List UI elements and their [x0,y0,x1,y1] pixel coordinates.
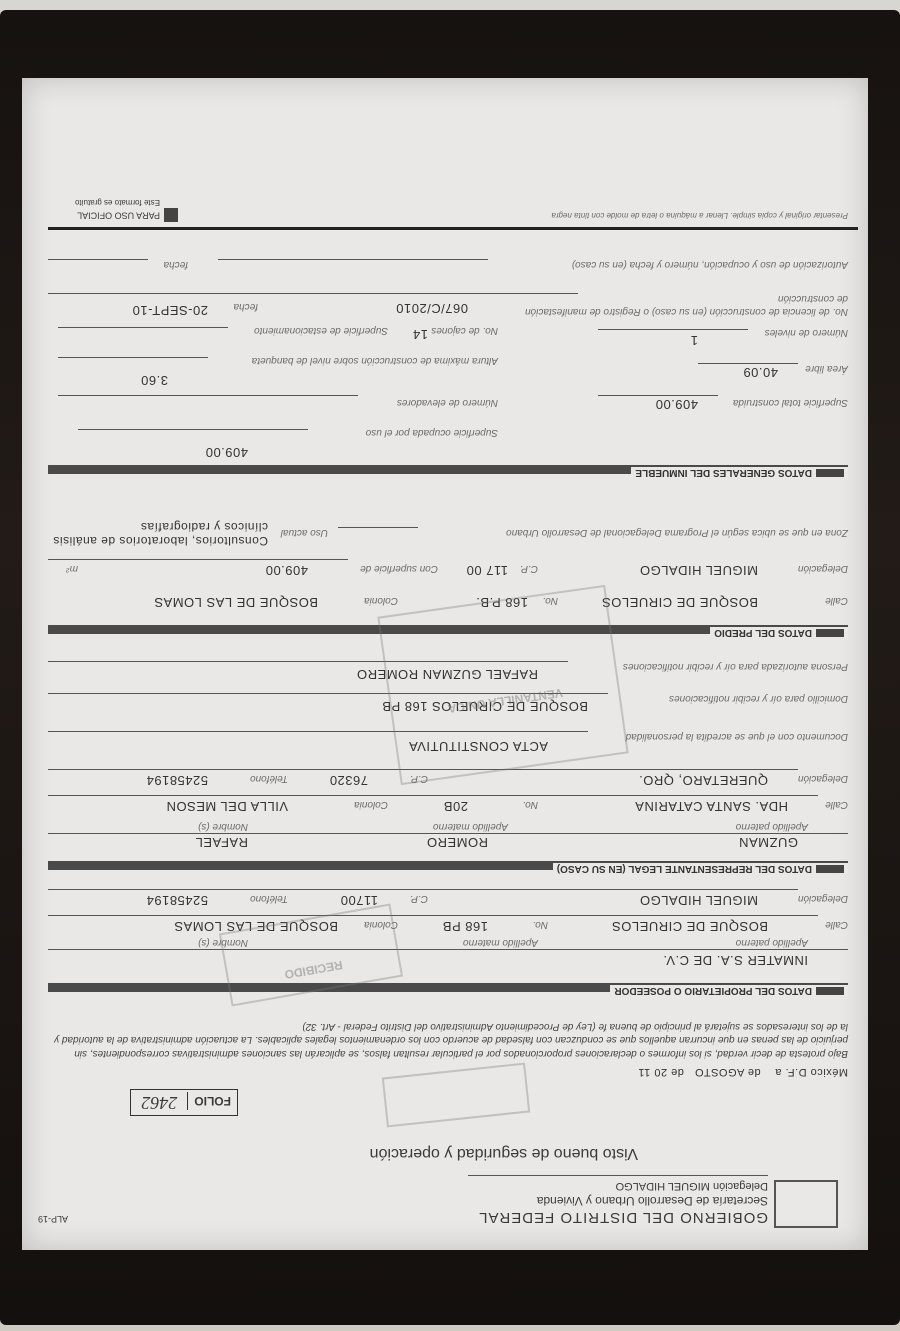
form-paper: ALP-19 GOBIERNO DEL DISTRITO FEDERAL Sec… [22,78,868,1250]
inmueble-altura: 3.60 [141,373,168,388]
page-title: Visto bueno de seguridad y operación [370,1144,638,1162]
predio-calle: BOSQUE DE CIRUELOS [602,595,758,610]
folio-box: FOLIO2462 [130,1089,238,1116]
received-stamp [382,1063,530,1128]
predio-superficie: 409.00 [265,563,308,578]
government-logo-icon [774,1180,838,1228]
date-line: México D.F. a de AGOSTO de 20 11 [638,1066,848,1078]
owner-no: 168 PB [442,919,488,934]
inmueble-niveles: 1 [690,333,698,348]
ventanilla-stamp: VENTANILLA ÚNICA [377,585,628,785]
inmueble-fecha: 20-SEPT-10 [132,303,208,318]
delegacion-header: Delegación MIGUEL HIDALGO [616,1180,768,1192]
rep-calle: HDA. SANTA CATARINA [635,799,788,814]
predio-delegacion: MIGUEL HIDALGO [640,563,758,578]
predio-colonia: BOSQUE DE LAS LOMAS [154,595,318,610]
secretaria: Secretaría de Desarrollo Urbano y Vivien… [537,1194,768,1208]
inmueble-area-libre: 40.09 [743,365,778,380]
rep-telefono: 52458194 [146,773,208,788]
inmueble-ocupada: 409.00 [205,445,248,460]
predio-uso: Consultorios, laboratorios de análisis c… [38,519,268,548]
section-legal-rep: DATOS DEL REPRESENTANTE LEGAL (EN SU CAS… [553,863,848,874]
form-code: ALP-19 [38,1214,68,1224]
section-owner: DATOS DEL PROPIETARIO O POSEEDOR [610,985,848,996]
rep-cp: 76320 [329,773,368,788]
inmueble-cajones: 14 [413,327,428,342]
owner-telefono: 52458194 [146,893,208,908]
owner-name: INMATER S.A. DE C.V. [663,953,808,968]
rep-delegacion: QUERETARO, QRO. [639,773,768,788]
inmueble-construida: 409.00 [655,397,698,412]
owner-calle: BOSQUE DE CIRUELOS [612,919,768,934]
rep-no: 20B [443,799,468,814]
gov-title: GOBIERNO DEL DISTRITO FEDERAL [478,1209,768,1226]
predio-cp: 117 00 [466,563,508,578]
form-upright: ALP-19 GOBIERNO DEL DISTRITO FEDERAL Sec… [22,78,868,1250]
rep-colonia: VILLA DEL MESON [166,799,288,814]
rep-nombre: RAFAEL [195,835,248,850]
declaration-text: Bajo protesta de decir verdad, si los in… [48,1020,848,1061]
section-inmueble: DATOS GENERALES DEL INMUEBLE [631,467,848,478]
rep-materno: ROMERO [427,835,489,850]
footer-note: Presentar original y copia simple. Llena… [551,211,848,220]
folio-number: 2462 [131,1090,187,1115]
official-use: PARA USO OFICIALEste formato es gratuito [75,198,178,222]
owner-delegacion: MIGUEL HIDALGO [640,893,758,908]
inmueble-licencia: 067/C/2010 [396,301,468,316]
rep-paterno: GUZMAN [739,835,798,850]
section-predio: DATOS DEL PREDIO [710,627,848,638]
